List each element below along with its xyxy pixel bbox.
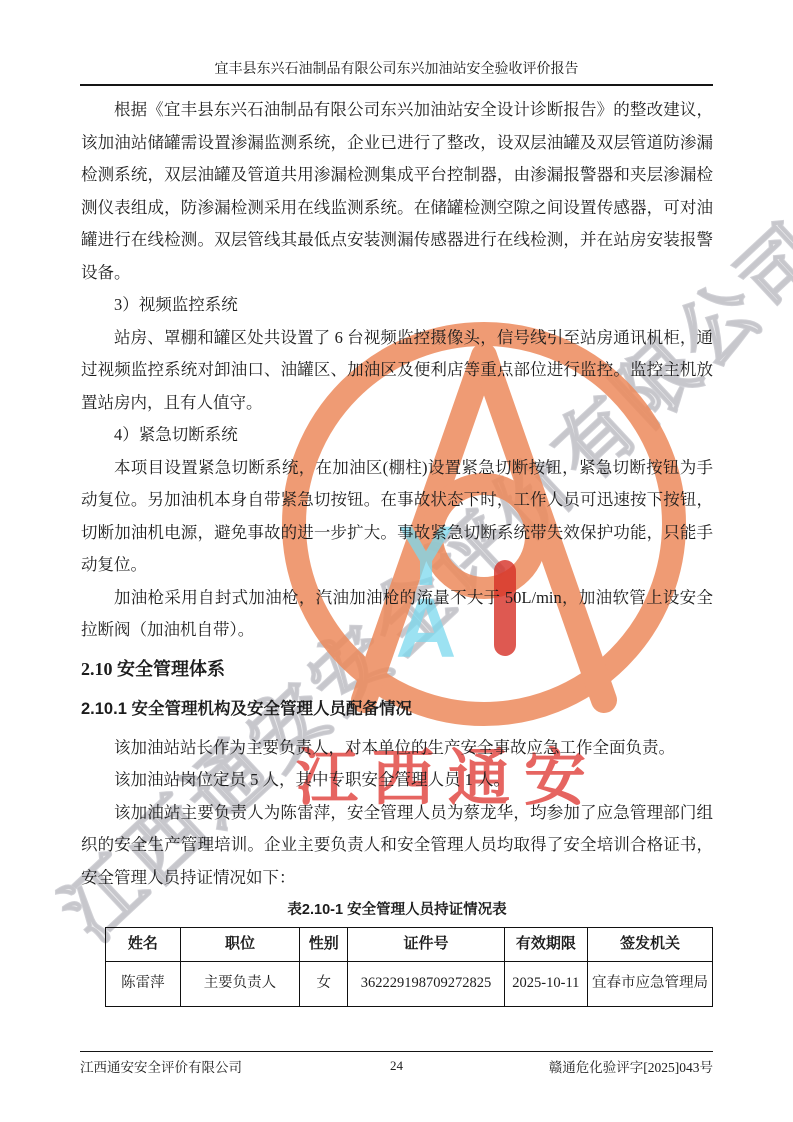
table-cell-gender: 女: [300, 961, 348, 1006]
paragraph-certification: 该加油站主要负责人为陈雷萍，安全管理人员为蔡龙华，均参加了应急管理部门组织的安全…: [81, 797, 713, 895]
paragraph-fuel-nozzle: 加油枪采用自封式加油枪，汽油加油枪的流量不大于 50L/min，加油软管上设安全…: [81, 582, 713, 647]
page-header-title: 宜丰县东兴石油制品有限公司东兴加油站安全验收评价报告: [80, 58, 713, 78]
table-header-issuer: 签发机关: [587, 927, 712, 961]
table-header-row: 姓名 职位 性别 证件号 有效期限 签发机关: [106, 927, 713, 961]
table-cell-issuer: 宜春市应急管理局: [587, 961, 712, 1006]
list-item-video-system: 3）视频监控系统: [81, 289, 713, 322]
footer-page-number: 24: [291, 1058, 502, 1074]
table-header-name: 姓名: [106, 927, 181, 961]
table-header-gender: 性别: [300, 927, 348, 961]
table-cell-validity: 2025-10-11: [504, 961, 587, 1006]
table-cell-position: 主要负责人: [180, 961, 300, 1006]
table-header-validity: 有效期限: [504, 927, 587, 961]
table-header-cert-number: 证件号: [348, 927, 505, 961]
table-cell-cert-number: 362229198709272825: [348, 961, 505, 1006]
document-body: 根据《宜丰县东兴石油制品有限公司东兴加油站安全设计诊断报告》的整改建议，该加油站…: [81, 94, 713, 1007]
table-header-position: 职位: [180, 927, 300, 961]
document-page: 江西通安安全评价有限公司 Y A 江西通安 宜丰县东兴石油制品有限公司东兴加油站…: [0, 0, 793, 1122]
section-heading-2-10-1: 2.10.1 安全管理机构及安全管理人员配备情况: [81, 693, 713, 726]
table-row: 陈雷萍 主要负责人 女 362229198709272825 2025-10-1…: [106, 961, 713, 1006]
paragraph-station-manager: 该加油站站长作为主要负责人，对本单位的生产安全事故应急工作全面负责。: [81, 732, 713, 765]
footer-doc-number: 赣通危化验评字[2025]043号: [502, 1056, 713, 1076]
certification-table: 姓名 职位 性别 证件号 有效期限 签发机关 陈雷萍 主要负责人 女 36222…: [105, 927, 713, 1007]
page-footer: 江西通安安全评价有限公司 24 赣通危化验评字[2025]043号: [80, 1055, 713, 1077]
header-rule: [80, 84, 713, 86]
paragraph-leak-monitoring: 根据《宜丰县东兴石油制品有限公司东兴加油站安全设计诊断报告》的整改建议，该加油站…: [81, 94, 713, 289]
paragraph-emergency-cutoff: 本项目设置紧急切断系统，在加油区(棚柱)设置紧急切断按钮，紧急切断按钮为手动复位…: [81, 452, 713, 582]
list-item-emergency-cutoff: 4）紧急切断系统: [81, 419, 713, 452]
footer-company: 江西通安安全评价有限公司: [80, 1056, 291, 1076]
table-cell-name: 陈雷萍: [106, 961, 181, 1006]
section-heading-2-10: 2.10 安全管理体系: [81, 653, 713, 686]
table-caption: 表2.10-1 安全管理人员持证情况表: [81, 894, 713, 927]
footer-rule: [80, 1051, 713, 1052]
paragraph-video-monitoring: 站房、罩棚和罐区处共设置了 6 台视频监控摄像头，信号线引至站房通讯机柜，通过视…: [81, 322, 713, 420]
paragraph-staffing: 该加油站岗位定员 5 人，其中专职安全管理人员 1 人。: [81, 764, 713, 797]
